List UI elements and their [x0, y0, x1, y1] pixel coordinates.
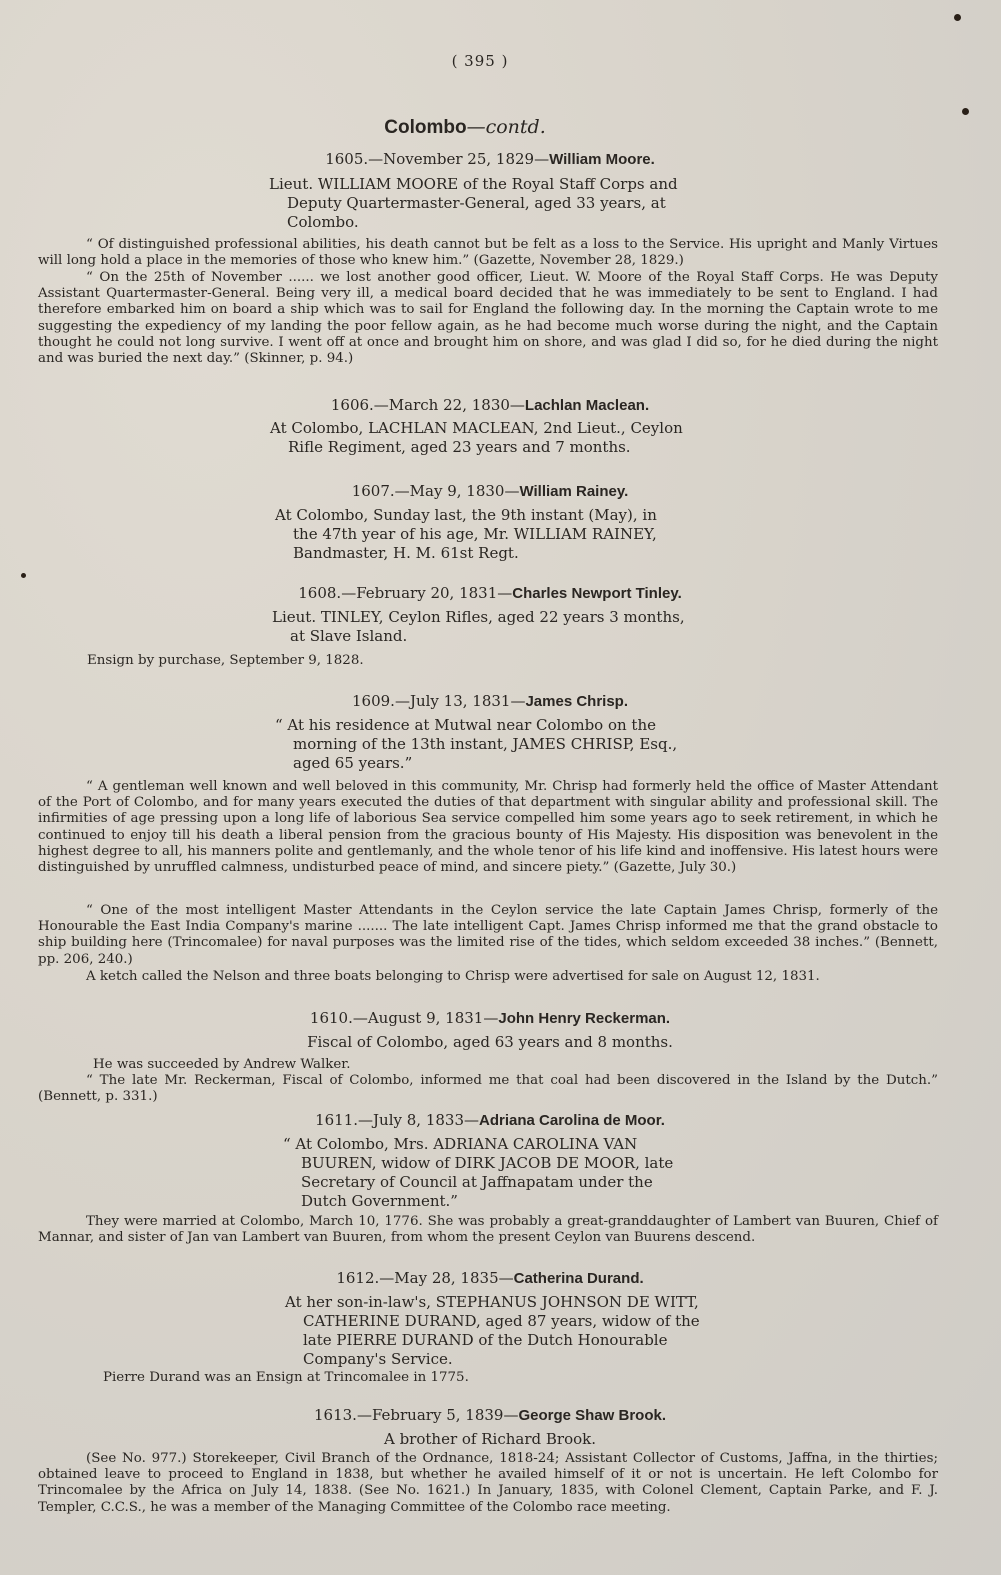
entry-notice: At Colombo, LACHLAN MACLEAN, 2nd Lieut.,… [270, 419, 710, 457]
entry-paragraph: Ensign by purchase, September 9, 1828. [87, 653, 987, 669]
entry-heading: 1611.—July 8, 1833—Adriana Carolina de M… [0, 1111, 980, 1129]
ink-spot [962, 108, 969, 115]
entry-heading: 1612.—May 28, 1835—Catherina Durand. [0, 1269, 980, 1287]
section-title: Colombo—contd. [0, 116, 930, 139]
entry-notice: “ At Colombo, Mrs. ADRIANA CAROLINA VAN … [283, 1135, 703, 1211]
entry-heading: 1608.—February 20, 1831—Charles Newport … [0, 584, 980, 602]
entry-notice: Fiscal of Colombo, aged 63 years and 8 m… [0, 1033, 980, 1051]
entry-notice: Lieut. WILLIAM MOORE of the Royal Staff … [269, 175, 709, 232]
entry-notice: At Colombo, Sunday last, the 9th instant… [275, 506, 715, 563]
entry-heading: 1610.—August 9, 1831—John Henry Reckerma… [0, 1009, 980, 1027]
entry-heading: 1605.—November 25, 1829—William Moore. [0, 150, 980, 168]
entry-paragraph: (See No. 977.) Storekeeper, Civil Branch… [38, 1451, 938, 1516]
entry-heading: 1607.—May 9, 1830—William Rainey. [0, 482, 980, 500]
entry-notice: Lieut. TINLEY, Ceylon Rifles, aged 22 ye… [272, 608, 712, 646]
entry-paragraph: “ Of distinguished professional abilitie… [38, 237, 938, 269]
entry-paragraph: They were married at Colombo, March 10, … [38, 1214, 938, 1246]
ink-spot [954, 14, 961, 21]
page-number: ( 395 ) [0, 52, 960, 70]
entry-paragraph: “ One of the most intelligent Master Att… [38, 903, 938, 968]
entry-paragraph: Pierre Durand was an Ensign at Trincomal… [103, 1370, 933, 1386]
entry-paragraph: A ketch called the Nelson and three boat… [38, 969, 938, 985]
book-page: ( 395 ) Colombo—contd. 1605.—November 25… [0, 0, 1001, 1575]
entry-notice: A brother of Richard Brook. [0, 1430, 980, 1448]
entry-paragraph: “ The late Mr. Reckerman, Fiscal of Colo… [38, 1073, 938, 1105]
ink-spot [21, 573, 26, 578]
entry-paragraph: “ On the 25th of November ...... we lost… [38, 270, 938, 367]
entry-notice: “ At his residence at Mutwal near Colomb… [275, 716, 715, 773]
entry-heading: 1613.—February 5, 1839—George Shaw Brook… [0, 1406, 980, 1424]
entry-paragraph: He was succeeded by Andrew Walker. [93, 1057, 938, 1073]
entry-heading: 1606.—March 22, 1830—Lachlan Maclean. [0, 396, 980, 414]
entry-notice: At her son-in-law's, STEPHANUS JOHNSON D… [285, 1293, 705, 1369]
entry-heading: 1609.—July 13, 1831—James Chrisp. [0, 692, 980, 710]
entry-paragraph: “ A gentleman well known and well belove… [38, 779, 938, 876]
